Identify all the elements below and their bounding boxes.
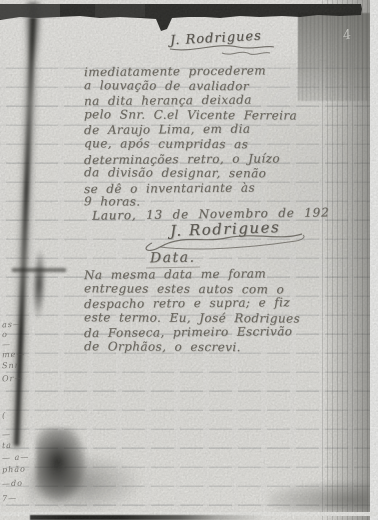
handwriting-line: da divisão designar, senão [84,165,332,181]
scan-band-top [0,0,378,36]
main-signature: J. Rodrigues [138,219,310,238]
margin-fragment: — a— [2,453,30,463]
body-paragraph: imediatamente procederem a louvação de a… [84,64,332,210]
margin-fragment: — [2,430,11,439]
margin-fragment: ( [2,411,6,420]
gutter-smudge-blob [36,428,108,518]
handwriting-line: de Orphãos, o escrevi. [84,339,332,355]
section-paragraph: Na mesma data me foram entregues estes a… [84,267,332,355]
margin-fragment: Or— [2,374,24,384]
section-heading: Data. [146,250,200,269]
margin-fragment: Snr [2,361,20,371]
margin-fragment: — [2,340,11,349]
handwriting-line: imediatamente procederem [84,63,332,80]
handwriting-line: Na mesma data me foram [84,266,332,283]
handwriting-line: na dita herança deixada [84,92,332,109]
signature-flourish-icon [166,39,278,57]
scan-white-margin-right [370,0,378,520]
margin-fragment: me— [2,350,26,360]
handwriting-line: que, após cumpridas as [84,136,332,152]
margin-fragment: ta [2,441,12,450]
gutter-smudge-dash [12,268,66,272]
margin-fragment: phão [2,465,26,475]
margin-fragment: as— [2,320,22,330]
signature-flourish-icon [138,227,310,253]
scanned-page: 4 J. Rodrigues imediatamente procederem … [0,0,378,520]
margin-fragment: o [2,330,8,339]
scan-band-bottom [30,515,330,520]
bottom-right-shadow [268,482,370,512]
margin-fragment: 7— [2,494,17,504]
handwriting-line: despacho retro e supra; e fiz [84,295,332,312]
margin-fragment: —do [2,479,23,489]
